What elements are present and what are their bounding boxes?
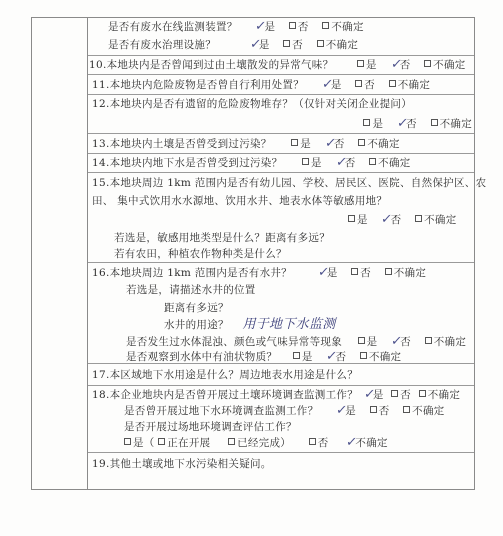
q16-sub4: 是否发生过水体混浊、颜色或气味异常等现象 (126, 336, 342, 348)
q16-option-no[interactable]: 否 (351, 266, 371, 280)
checkbox-icon (293, 352, 300, 359)
left-label-column (32, 18, 88, 489)
row-q19: 19.其他土壤或地下水污染相关疑问。 (88, 453, 474, 491)
check-mark-icon: ✓ (335, 404, 348, 418)
q9b-option-no[interactable]: 否 (283, 38, 303, 52)
checkbox-icon (403, 406, 410, 413)
q13-option-no[interactable]: ✓否 (325, 137, 345, 151)
row-q15: 15.本地块周边 1km 范围内是否有幼儿园、学校、居民区、医院、自然保护区、农… (88, 173, 474, 263)
q13-option-unsure[interactable]: 不确定 (358, 137, 399, 151)
q16-sub2: 距离有多远？ (164, 301, 229, 315)
q18-option-yes[interactable]: ✓是 (364, 388, 384, 402)
checkbox-icon (358, 337, 365, 344)
q18-sub2: 是否开展过场地环境调查评估工作？ (124, 420, 297, 434)
checkbox-icon (158, 438, 165, 445)
q10-option-yes[interactable]: 是 (357, 58, 377, 72)
q9a-option-yes[interactable]: ✓是 (255, 20, 275, 34)
q15-option-no[interactable]: ✓否 (381, 213, 401, 227)
questionnaire-table: 是否有废水在线监测装置？ ✓是 否 不确定 是否有废水治理设施？ ✓是 否 不确… (31, 17, 475, 490)
checkbox-icon (317, 40, 324, 47)
q18b-option-yes[interactable]: 是（ (124, 437, 155, 449)
q13-text: 13.本地块内土壤是否曾受到过污染？ (92, 138, 272, 150)
checkbox-icon (228, 438, 235, 445)
q11-text: 11.本地块内危险废物是否曾自行利用处置？ (92, 79, 304, 91)
q14-text: 14.本地块内地下水是否曾受到过污染？ (92, 157, 282, 169)
checkbox-icon (425, 337, 432, 344)
q9-line1: 是否有废水在线监测装置？ (108, 21, 238, 33)
checkbox-icon (424, 60, 431, 67)
checkbox-icon (419, 390, 426, 397)
q16-option-yes[interactable]: ✓是 (318, 266, 338, 280)
check-mark-icon: ✓ (345, 436, 358, 450)
q15-option-yes[interactable]: 是 (348, 213, 368, 227)
q11-option-yes[interactable]: ✓是 (322, 78, 342, 92)
q14-option-no[interactable]: ✓否 (336, 156, 356, 170)
checkbox-icon (415, 215, 422, 222)
q16-option-unsure[interactable]: 不确定 (385, 266, 426, 280)
q15-line2: 田、 集中式饮用水水源地、饮用水井、地表水体等敏感用地？ (92, 194, 387, 208)
q19-text: 19.其他土壤或地下水污染相关疑问。 (92, 457, 272, 471)
check-mark-icon: ✓ (317, 266, 330, 280)
check-mark-icon: ✓ (390, 58, 403, 72)
checkbox-icon (389, 80, 396, 87)
row-q13: 13.本地块内土壤是否曾受到过污染？ 是 ✓否 不确定 (88, 134, 474, 154)
row-q16: 16.本地块周边 1km 范围内是否有水井？ ✓是 否 不确定 若选是，请描述水… (88, 263, 474, 364)
q16b-option-unsure[interactable]: 不确定 (360, 350, 401, 364)
q18a-option-no[interactable]: 否 (370, 404, 390, 418)
checkbox-icon (385, 268, 392, 275)
checkbox-icon (357, 60, 364, 67)
q9a-option-no[interactable]: 否 (289, 20, 309, 34)
checkbox-icon (360, 352, 367, 359)
checkbox-icon (358, 139, 365, 146)
q18a-option-unsure[interactable]: 不确定 (403, 404, 444, 418)
check-mark-icon: ✓ (254, 20, 267, 34)
q18b-option-no[interactable]: 否 (309, 436, 329, 450)
q12-text: 12.本地块内是否有遗留的危险废物堆存？（仅针对关闭企业提问） (92, 98, 412, 110)
check-mark-icon: ✓ (325, 350, 338, 364)
q12-option-unsure[interactable]: 不确定 (431, 117, 472, 131)
checkbox-icon (369, 158, 376, 165)
q9-line2: 是否有废水治理设施？ (108, 39, 216, 51)
q14-option-yes[interactable]: 是 (302, 156, 322, 170)
row-q11: 11.本地块内危险废物是否曾自行利用处置？ ✓是 否 不确定 (88, 75, 474, 95)
q15-option-unsure[interactable]: 不确定 (415, 213, 456, 227)
q15-sub1: 若选是，敏感用地类型是什么？距离有多远？ (114, 231, 330, 245)
q18b-option-unsure[interactable]: ✓不确定 (346, 436, 388, 450)
q10-option-unsure[interactable]: 不确定 (424, 58, 465, 72)
q9a-option-unsure[interactable]: 不确定 (322, 20, 363, 34)
q18-option-no[interactable]: 否 (391, 388, 411, 402)
q12-option-no[interactable]: ✓否 (397, 117, 417, 131)
row-q17: 17.本区域地下水用途是什么？周边地表水用途是什么？ (88, 364, 474, 386)
checkbox-icon (363, 119, 370, 126)
check-mark-icon: ✓ (321, 78, 334, 92)
check-mark-icon: ✓ (335, 156, 348, 170)
q18-text: 18.本企业地块内是否曾开展过土壤环境调查监测工作？ (92, 389, 358, 401)
checkbox-icon (309, 438, 316, 445)
row-q12: 12.本地块内是否有遗留的危险废物堆存？（仅针对关闭企业提问） 是 ✓否 不确定 (88, 95, 474, 134)
checkbox-icon (322, 22, 329, 29)
q18-option-unsure[interactable]: 不确定 (419, 388, 460, 402)
q16-sub5: 是否观察到水体中有油状物质？ (126, 351, 277, 363)
q16b-option-no[interactable]: ✓否 (326, 350, 346, 364)
q14-option-unsure[interactable]: 不确定 (369, 156, 410, 170)
check-mark-icon: ✓ (249, 38, 262, 52)
q15-sub2: 若有农田，种植农作物种类是什么？ (114, 247, 287, 261)
checkbox-icon (348, 215, 355, 222)
check-mark-icon: ✓ (390, 335, 403, 349)
handwritten-answer[interactable]: 用于地下水监测 (242, 317, 335, 332)
q18a-option-yes[interactable]: ✓是 (336, 404, 356, 418)
row-q14: 14.本地块内地下水是否曾受到过污染？ 是 ✓否 不确定 (88, 154, 474, 173)
q16b-option-yes[interactable]: 是 (293, 350, 313, 364)
checkbox-icon (355, 80, 362, 87)
check-mark-icon: ✓ (396, 117, 409, 131)
q18b-option-done[interactable]: 已经完成） (228, 436, 291, 450)
q9b-option-unsure[interactable]: 不确定 (317, 38, 358, 52)
q16a-option-yes[interactable]: 是 (358, 335, 378, 349)
q18-sub1: 是否曾开展过地下水环境调查监测工作？ (124, 405, 318, 417)
row-q10: 10.本地块内是否曾闻到过由土壤散发的异常气味？ 是 ✓否 不确定 (88, 56, 474, 75)
checkbox-icon (431, 119, 438, 126)
checkbox-icon (391, 390, 398, 397)
q15-line1: 15.本地块周边 1km 范围内是否有幼儿园、学校、居民区、医院、自然保护区、农 (92, 176, 486, 190)
checkbox-icon (351, 268, 358, 275)
row-q9: 是否有废水在线监测装置？ ✓是 否 不确定 是否有废水治理设施？ ✓是 否 不确… (88, 18, 474, 56)
q13-option-yes[interactable]: 是 (291, 137, 311, 151)
checkbox-icon (370, 406, 377, 413)
q10-option-no[interactable]: ✓否 (391, 58, 411, 72)
q17-text: 17.本区域地下水用途是什么？周边地表水用途是什么？ (92, 368, 358, 382)
checkbox-icon (124, 438, 131, 445)
q16-sub3: 水井的用途？ (164, 319, 229, 331)
checkbox-icon (291, 139, 298, 146)
checkbox-icon (289, 22, 296, 29)
q12-option-yes[interactable]: 是 (363, 117, 383, 131)
q10-text: 10.本地块内是否曾闻到过由土壤散发的异常气味？ (89, 59, 333, 71)
q16-text: 16.本地块周边 1km 范围内是否有水井？ (92, 267, 292, 279)
checkbox-icon (283, 40, 290, 47)
q11-option-no[interactable]: 否 (355, 78, 375, 92)
row-q18: 18.本企业地块内是否曾开展过土壤环境调查监测工作？ ✓是 否 不确定 是否曾开… (88, 386, 474, 453)
q18b-option-ongoing[interactable]: 正在开展 (158, 437, 210, 449)
q16-sub1: 若选是，请描述水井的位置 (126, 283, 256, 297)
q11-option-unsure[interactable]: 不确定 (389, 78, 430, 92)
checkbox-icon (302, 158, 309, 165)
q16a-option-unsure[interactable]: 不确定 (425, 335, 466, 349)
check-mark-icon: ✓ (363, 388, 376, 402)
q9b-option-yes[interactable]: ✓是 (250, 38, 270, 52)
check-mark-icon: ✓ (324, 137, 337, 151)
q16a-option-no[interactable]: ✓否 (391, 335, 411, 349)
